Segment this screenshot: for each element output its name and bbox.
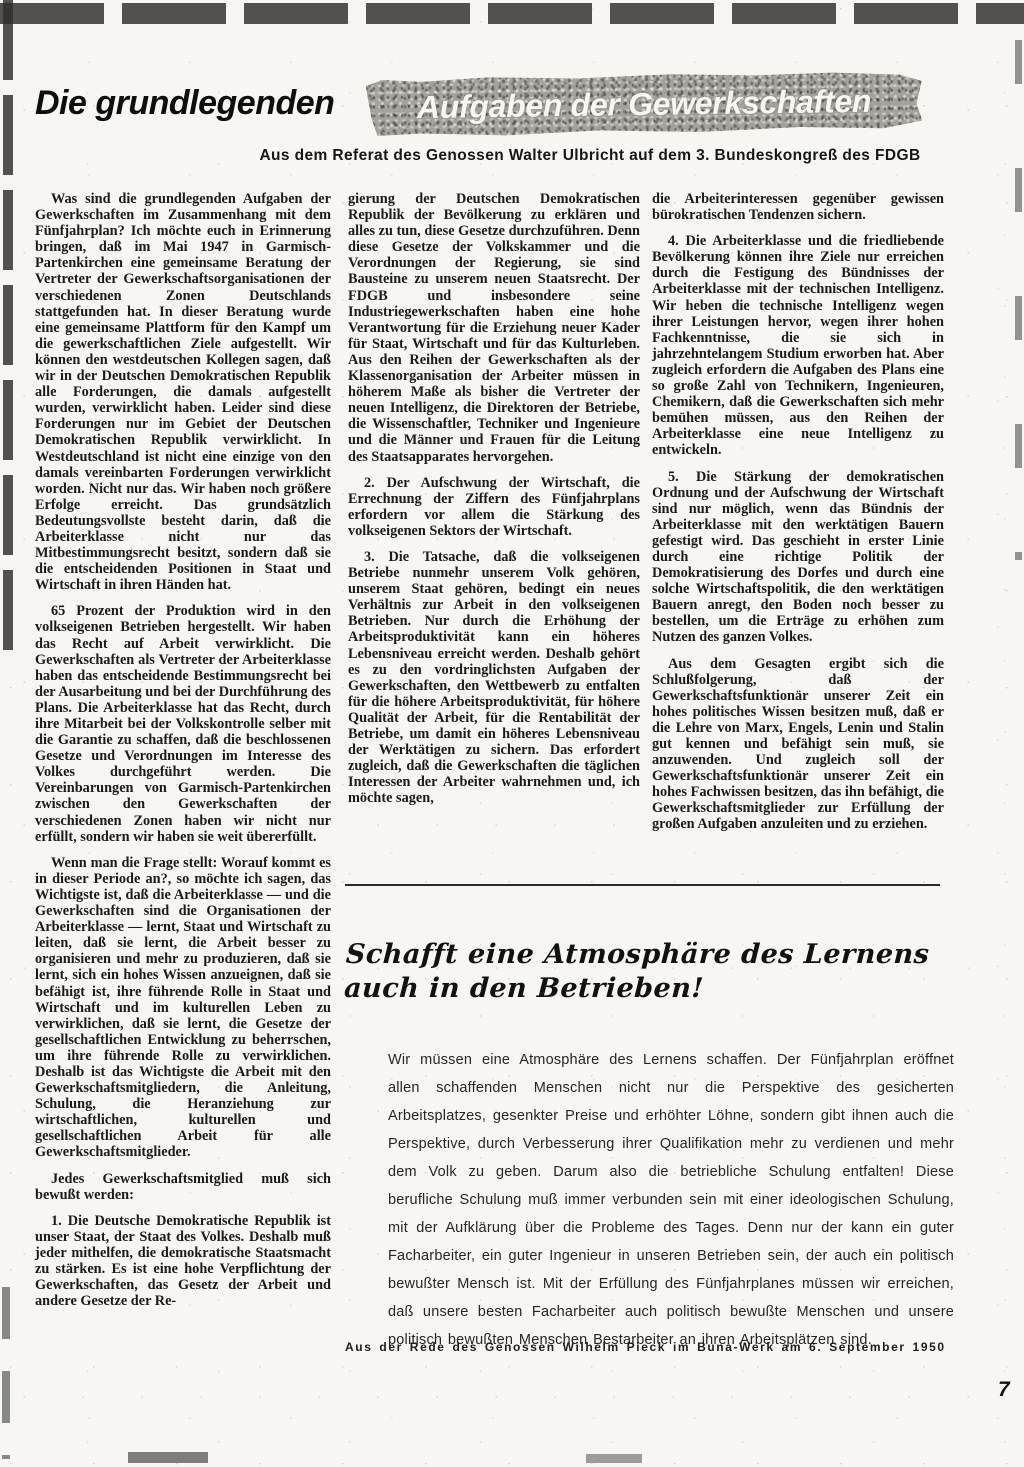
article-column-2: gierung der Deutschen Demokratischen Rep… (348, 191, 640, 816)
headline-plain-part: Die grundlegenden (35, 84, 334, 123)
paragraph: Was sind die grundlegenden Aufgaben der … (35, 191, 331, 593)
paragraph: Aus dem Gesagten ergibt sich die Schlußf… (652, 656, 944, 833)
scan-dash-marks-left-bottom (2, 1287, 10, 1459)
magazine-page: Die grundlegenden Aufgaben der Gewerksch… (0, 0, 1024, 1467)
paragraph: Wenn man die Frage stellt: Worauf kommt … (35, 855, 331, 1161)
headline-banner-text: Aufgaben der Gewerkschaften (366, 82, 922, 127)
paragraph: 5. Die Stärkung der demokratischen Ordnu… (652, 469, 944, 646)
headline-banner: Aufgaben der Gewerkschaften (366, 70, 923, 138)
article-subtitle: Aus dem Referat des Genossen Walter Ulbr… (230, 147, 950, 165)
page-number: 7 (998, 1378, 1010, 1402)
quote-body-text: Wir müssen eine Atmosphäre des Lernens s… (388, 1046, 954, 1354)
scan-dash-mark-bottom (586, 1454, 642, 1463)
paragraph: gierung der Deutschen Demokratischen Rep… (348, 191, 640, 465)
quote-attribution: Aus der Rede des Genossen Wilhelm Pieck … (345, 1340, 946, 1354)
paragraph: 65 Prozent der Produktion wird in den vo… (35, 603, 331, 844)
section-divider-rule (345, 884, 940, 886)
paragraph: 1. Die Deutsche Demokratische Republik i… (35, 1213, 331, 1310)
quote-heading-line1: Schafft eine Atmosphäre des Lernens (345, 938, 947, 972)
scan-dash-marks-top (0, 3, 1024, 24)
scan-dash-mark-bottom (128, 1452, 208, 1463)
quote-heading-line2: auch in den Betrieben! (343, 972, 945, 1006)
article-column-3: die Arbeiterinteressen gegenüber gewisse… (652, 191, 944, 843)
paragraph: Jedes Gewerkschaftsmitglied muß sich bew… (35, 1171, 331, 1203)
article-column-1: Was sind die grundlegenden Aufgaben der … (35, 191, 331, 1319)
paragraph: 3. Die Tatsache, daß die volkseigenen Be… (348, 549, 640, 807)
quote-script-heading: Schafft eine Atmosphäre des Lernens auch… (343, 938, 947, 1006)
paragraph: die Arbeiterinteressen gegenüber gewisse… (652, 191, 944, 223)
scan-dash-marks-left (3, 0, 13, 658)
paragraph: 4. Die Arbeiterklasse und die friedliebe… (652, 233, 944, 458)
paragraph: 2. Der Aufschwung der Wirtschaft, die Er… (348, 475, 640, 539)
scan-dash-marks-right (1015, 40, 1022, 560)
